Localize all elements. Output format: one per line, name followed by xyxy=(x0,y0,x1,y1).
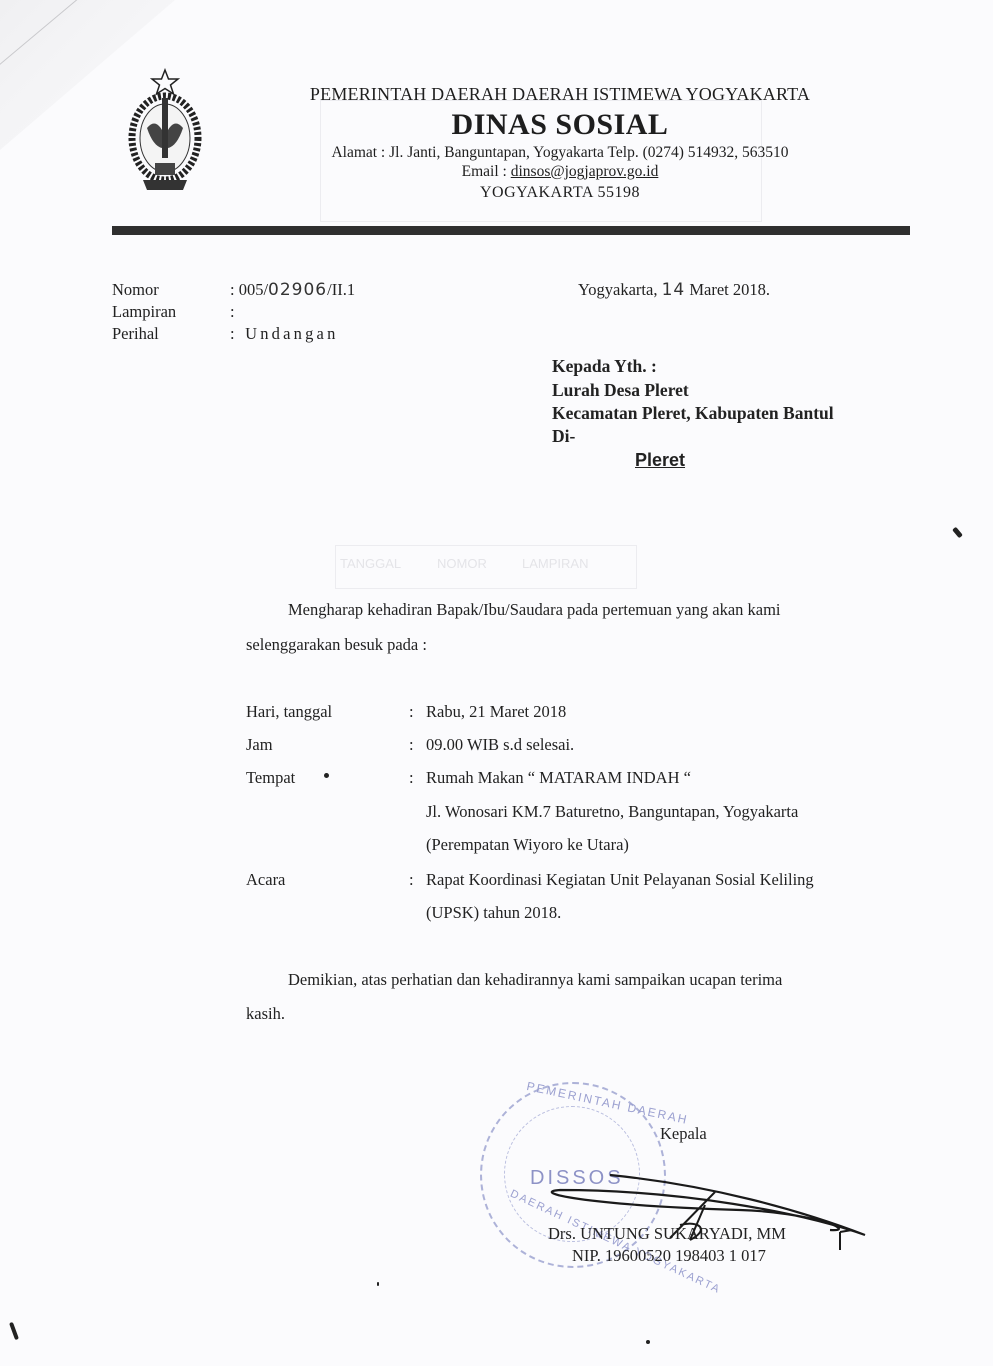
recipient-line3: Di- xyxy=(552,426,575,447)
closing-line1: Demikian, atas perhatian dan kehadiranny… xyxy=(288,970,782,990)
handwritten-number: 02906 xyxy=(268,280,327,300)
closing-line2: kasih. xyxy=(246,1004,285,1024)
signatory-title: Kepala xyxy=(660,1124,707,1144)
handwritten-day: 14 xyxy=(662,280,686,300)
show-through-text: NOMOR xyxy=(437,556,487,571)
letterhead-address: Alamat : Jl. Janti, Banguntapan, Yogyaka… xyxy=(200,144,920,162)
scan-speck xyxy=(324,773,329,778)
email-link[interactable]: dinsos@jogjaprov.go.id xyxy=(511,163,659,180)
coat-of-arms-emblem-icon xyxy=(125,68,205,198)
recipient-line2: Kecamatan Pleret, Kabupaten Bantul xyxy=(552,403,834,424)
show-through-text: TANGGAL xyxy=(340,556,401,571)
detail-colon: : xyxy=(409,768,414,788)
scan-speck xyxy=(377,1282,379,1286)
perihal-label: Perihal xyxy=(112,324,159,344)
email-label: Email : xyxy=(462,163,511,180)
nomor-label: Nomor xyxy=(112,280,159,300)
scanned-letter-page: TANGGAL NOMOR LAMPIRAN PEMERINTAH DAERAH… xyxy=(0,0,993,1366)
letter-date: Yogyakarta, 14 Maret 2018. xyxy=(578,280,770,300)
detail-colon: : xyxy=(409,735,414,755)
recipient-place: Pleret xyxy=(635,450,685,471)
recipient-salutation: Kepada Yth. : xyxy=(552,356,657,377)
detail-colon: : xyxy=(409,702,414,722)
scan-speck xyxy=(952,527,963,539)
recipient-line1: Lurah Desa Pleret xyxy=(552,380,689,401)
lampiran-label: Lampiran xyxy=(112,302,176,322)
detail-label-time: Jam xyxy=(246,735,273,755)
letterhead-government: PEMERINTAH DAERAH DAERAH ISTIMEWA YOGYAK… xyxy=(200,84,920,105)
detail-label-place: Tempat xyxy=(246,768,295,788)
detail-value-time: 09.00 WIB s.d selesai. xyxy=(426,735,574,755)
nomor-value: : 005/02906/II.1 xyxy=(230,280,355,300)
detail-value-date: Rabu, 21 Maret 2018 xyxy=(426,702,566,722)
detail-value-event-cont: (UPSK) tahun 2018. xyxy=(426,903,561,923)
intro-line1: Mengharap kehadiran Bapak/Ibu/Saudara pa… xyxy=(288,600,781,620)
scan-speck xyxy=(9,1322,19,1340)
detail-value-event: Rapat Koordinasi Kegiatan Unit Pelayanan… xyxy=(426,870,814,890)
letterhead-rule xyxy=(112,226,910,235)
detail-colon: : xyxy=(409,870,414,890)
show-through-text: LAMPIRAN xyxy=(522,556,588,571)
detail-value-place-address: Jl. Wonosari KM.7 Baturetno, Banguntapan… xyxy=(426,802,798,822)
perihal-value: : Undangan xyxy=(230,324,339,344)
letterhead-city: YOGYAKARTA 55198 xyxy=(200,184,920,202)
detail-value-place-note: (Perempatan Wiyoro ke Utara) xyxy=(426,835,629,855)
detail-label-date: Hari, tanggal xyxy=(246,702,332,722)
scan-speck xyxy=(646,1340,650,1344)
letterhead-agency: DINAS SOSIAL xyxy=(200,108,920,142)
signatory-nip: NIP. 19600520 198403 1 017 xyxy=(572,1246,766,1266)
detail-label-event: Acara xyxy=(246,870,285,890)
detail-value-place: Rumah Makan “ MATARAM INDAH “ xyxy=(426,768,691,788)
lampiran-value: : xyxy=(230,302,235,322)
letterhead-email-line: Email : dinsos@jogjaprov.go.id xyxy=(200,163,920,181)
intro-line2: selenggarakan besuk pada : xyxy=(246,635,427,655)
signatory-name: Drs. UNTUNG SUKARYADI, MM xyxy=(548,1224,786,1244)
